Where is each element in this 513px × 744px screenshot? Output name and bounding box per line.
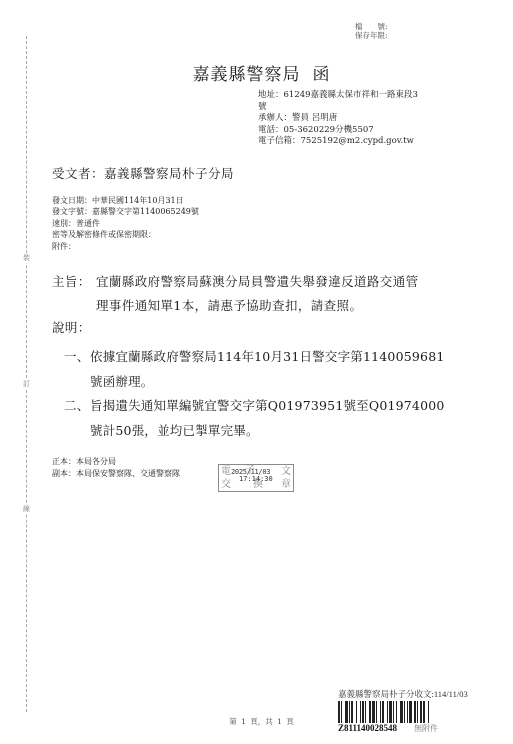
subject-line-2: 理事件通知單1本，請惠予協助查扣，請查照。 xyxy=(52,294,419,318)
issue-number: 發文字號：嘉縣警交字第1140065249號 xyxy=(52,206,199,217)
attachment-note: 無附件 xyxy=(414,723,438,734)
original-recipients: 正本：本局各分局 xyxy=(52,456,180,468)
item-line-2: 號計50張，並均已掣單完畢。 xyxy=(64,419,445,444)
subject: 主旨：宜蘭縣政府警察局蘇澳分局員警遺失舉發違反道路交通管 理事件通知單1本，請惠… xyxy=(52,270,419,318)
barcode xyxy=(338,701,456,723)
org-name: 嘉義縣警察局 xyxy=(193,65,301,85)
sender-address-cont: 號 xyxy=(258,102,418,114)
sender-handler: 承辦人：警員 呂明唐 xyxy=(258,113,418,125)
explanation-label: 說明： xyxy=(52,318,91,336)
item-line-1: 旨揭遺失通知單編號宜警交字第Q01973951號至Q01974000 xyxy=(90,398,445,413)
document-meta: 發文日期：中華民國114年10月31日 發文字號：嘉縣警交字第114006524… xyxy=(52,195,199,252)
binding-char-ding: 訂 xyxy=(22,380,31,389)
sender-info: 地址：61249嘉義縣太保市祥和一路東段3 號 承辦人：警員 呂明唐 電話：05… xyxy=(258,90,418,148)
item-number: 一、 xyxy=(64,345,90,370)
speed-class: 速別：普通件 xyxy=(52,218,199,229)
item-line-1: 依據宜蘭縣政府警察局114年10月31日警交字第1140059681 xyxy=(90,349,445,364)
stamp-char: 章 xyxy=(281,479,291,490)
stamp-time: 17:14:30 xyxy=(239,475,273,483)
binding-line xyxy=(26,36,27,712)
file-meta: 檔 號: 保存年限: xyxy=(355,22,388,40)
explanation-item: 一、依據宜蘭縣政府警察局114年10月31日警交字第1140059681 號函辦… xyxy=(64,345,445,394)
binding-char-xian: 線 xyxy=(22,505,31,514)
recipient: 受文者：嘉義縣警察局朴子分局 xyxy=(52,164,234,182)
item-number: 二、 xyxy=(64,394,90,419)
binding-char-zhuang: 裝 xyxy=(22,254,31,263)
barcode-number: Z811140028548 xyxy=(338,723,397,733)
stamp-char: 電 xyxy=(221,466,231,477)
item-line-2: 號函辦理。 xyxy=(64,370,445,395)
sender-address: 地址：61249嘉義縣太保市祥和一路東段3 xyxy=(258,90,418,102)
issue-date: 發文日期：中華民國114年10月31日 xyxy=(52,195,199,206)
secrecy-level: 密等及解密條件或保密期限： xyxy=(52,229,199,240)
subject-line-1: 宜蘭縣政府警察局蘇澳分局員警遺失舉發違反道路交通管 xyxy=(96,274,419,289)
stamp-char: 文 xyxy=(281,466,291,477)
explanation-list: 一、依據宜蘭縣政府警察局114年10月31日警交字第1140059681 號函辦… xyxy=(64,345,445,443)
retention-label: 保存年限: xyxy=(355,31,388,40)
doc-type: 函 xyxy=(313,65,331,85)
retention-row: 保存年限: xyxy=(355,31,388,40)
explanation-item: 二、旨揭遺失通知單編號宜警交字第Q01973951號至Q01974000 號計5… xyxy=(64,394,445,443)
document-title: 嘉義縣警察局函 xyxy=(0,60,513,85)
copy-recipients: 副本：本局保安警察隊、交通警察隊 xyxy=(52,468,180,480)
sender-email: 電子信箱：7525192@m2.cypd.gov.tw xyxy=(258,136,418,148)
electronic-exchange-stamp: 電 子 交 換 文 章 2025/11/03 17:14:30 xyxy=(218,464,294,492)
subject-label: 主旨： xyxy=(52,270,96,294)
file-number-label: 檔 號: xyxy=(355,22,388,31)
attachment: 附件： xyxy=(52,241,199,252)
sender-phone: 電話：05-3620229分機5507 xyxy=(258,125,418,137)
file-number-row: 檔 號: xyxy=(355,22,388,31)
stamp-char: 交 xyxy=(221,479,231,490)
distribution: 正本：本局各分局 副本：本局保安警察隊、交通警察隊 xyxy=(52,456,180,480)
receipt-stamp: 嘉義縣警察局朴子分收文:114/11/03 xyxy=(338,688,468,700)
